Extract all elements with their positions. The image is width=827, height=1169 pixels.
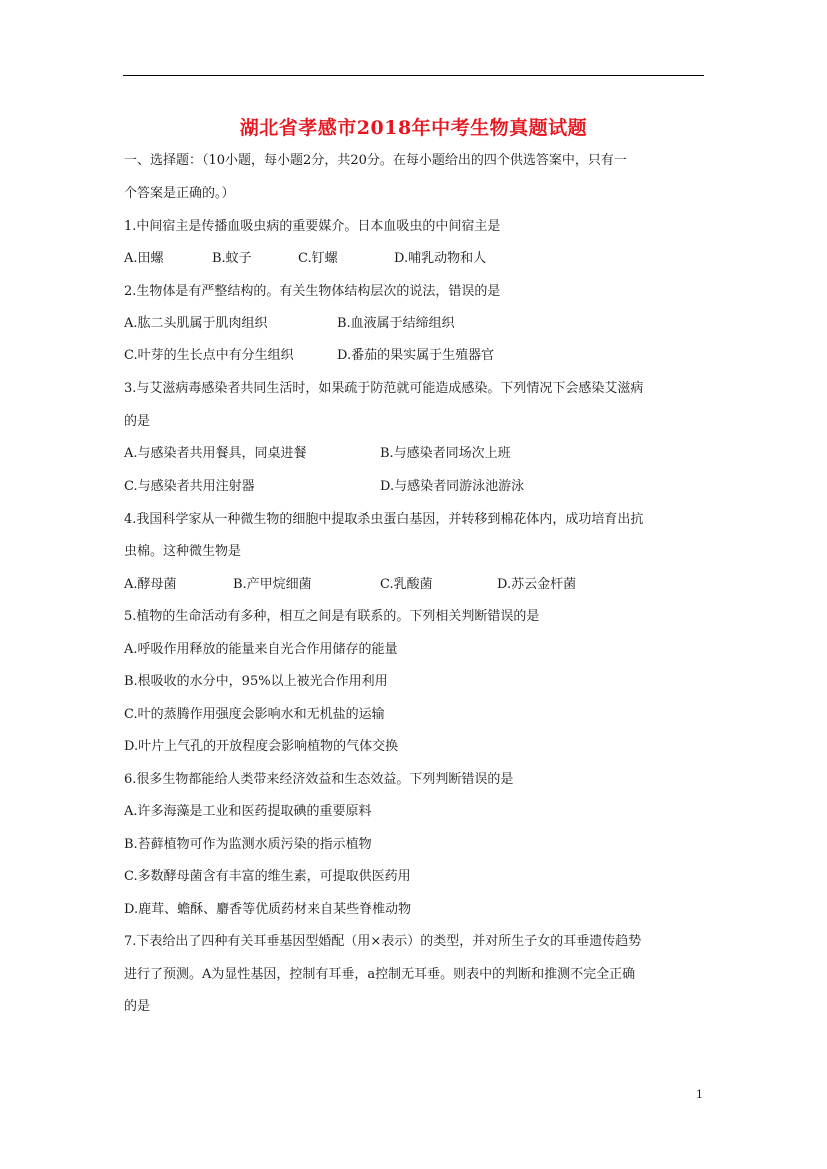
question-4-option-c: C.乳酸菌 [380, 577, 433, 593]
page-title: 湖北省孝感市2018年中考生物真题试题 [0, 113, 827, 140]
question-3-stem-line-2: 的是 [124, 414, 150, 430]
question-5-option-b: B.根吸收的水分中，95%以上被光合作用利用 [124, 674, 388, 690]
question-6-stem: 6.很多生物都能给人类带来经济效益和生态效益。下列判断错误的是 [124, 772, 513, 788]
section-heading-line-1: 一、选择题：（10小题，每小题2分，共20分。在每小题给出的四个供选答案中，只有… [124, 153, 627, 169]
question-2-option-d: D.番茄的果实属于生殖器官 [337, 348, 494, 364]
question-1-option-d: D.哺乳动物和人 [394, 251, 486, 267]
question-3-option-a: A.与感染者共用餐具，同桌进餐 [124, 446, 307, 462]
question-4-stem-line-1: 4.我国科学家从一种微生物的细胞中提取杀虫蛋白基因，并转移到棉花体内，成功培育出… [124, 512, 643, 528]
question-2-option-c: C.叶芽的生长点中有分生组织 [124, 348, 294, 364]
question-3-option-c: C.与感染者共用注射器 [124, 479, 255, 495]
question-1-option-b: B.蚊子 [212, 251, 252, 267]
question-2-stem: 2.生物体是有严整结构的。有关生物体结构层次的说法，错误的是 [124, 284, 500, 300]
section-heading-line-2: 个答案是正确的。） [124, 186, 235, 202]
question-5-option-a: A.呼吸作用释放的能量来自光合作用储存的能量 [124, 642, 398, 658]
question-7-stem-line-3: 的是 [124, 999, 150, 1015]
question-2-option-a: A.肱二头肌属于肌肉组织 [124, 316, 268, 332]
question-3-option-b: B.与感染者同场次上班 [380, 446, 511, 462]
question-4-option-a: A.酵母菌 [124, 577, 177, 593]
question-7-stem-line-1: 7.下表给出了四种有关耳垂基因型婚配（用×表示）的类型，并对所生子女的耳垂遗传趋… [124, 934, 641, 950]
question-5-stem: 5.植物的生命活动有多种，相互之间是有联系的。下列相关判断错误的是 [124, 609, 539, 625]
question-4-stem-line-2: 虫棉。这种微生物是 [124, 544, 241, 560]
page-number: 1 [696, 1088, 703, 1101]
question-5-option-d: D.叶片上气孔的开放程度会影响植物的气体交换 [124, 739, 398, 755]
question-1-option-a: A.田螺 [124, 251, 164, 267]
question-7-stem-line-2: 进行了预测。A为显性基因，控制有耳垂，a控制无耳垂。则表中的判断和推测不完全正确 [124, 967, 635, 983]
question-4-option-d: D.苏云金杆菌 [497, 577, 576, 593]
question-5-option-c: C.叶的蒸腾作用强度会影响水和无机盐的运输 [124, 707, 385, 723]
question-3-option-d: D.与感染者同游泳池游泳 [380, 479, 524, 495]
question-3-stem-line-1: 3.与艾滋病毒感染者共同生活时，如果疏于防范就可能造成感染。下列情况下会感染艾滋… [124, 381, 643, 397]
question-1-stem: 1.中间宿主是传播血吸虫病的重要媒介。日本血吸虫的中间宿主是 [124, 219, 500, 235]
question-1-option-c: C.钉螺 [298, 251, 338, 267]
question-4-option-b: B.产甲烷细菌 [233, 577, 312, 593]
question-6-option-b: B.苔藓植物可作为监测水质污染的指示植物 [124, 837, 372, 853]
question-2-option-b: B.血液属于结缔组织 [337, 316, 455, 332]
header-rule [123, 75, 704, 76]
question-6-option-c: C.多数酵母菌含有丰富的维生素，可提取供医药用 [124, 869, 411, 885]
question-6-option-a: A.许多海藻是工业和医药提取碘的重要原料 [124, 804, 372, 820]
question-6-option-d: D.鹿茸、蟾酥、麝香等优质药材来自某些脊椎动物 [124, 902, 411, 918]
